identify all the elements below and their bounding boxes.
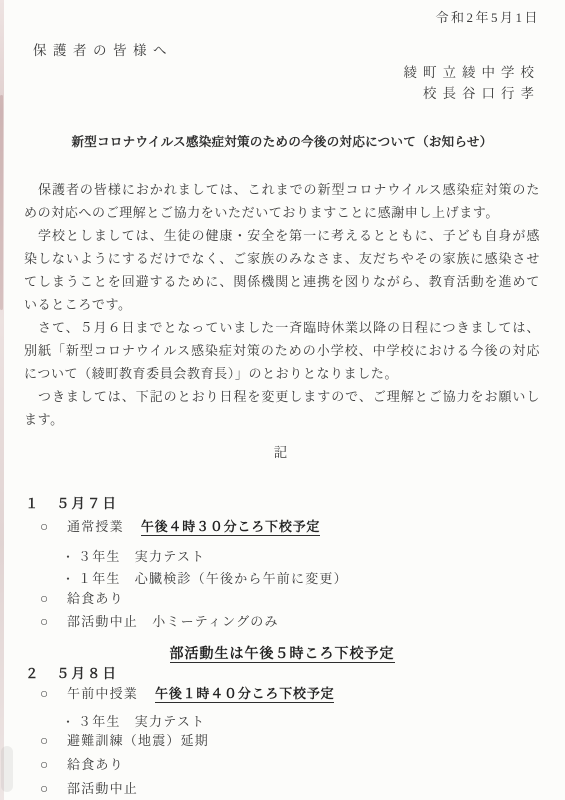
schedule-item-lunch-provided: ○給食あり	[40, 589, 540, 609]
bullet-marker: ・	[62, 570, 78, 588]
circle-marker: ○	[40, 731, 67, 751]
body-text: 保護者の皆様におかれましては、これまでの新型コロナウイルス感染症対策のための対応…	[24, 178, 540, 431]
subitem-text: ３年生 実力テスト	[78, 549, 205, 564]
schedule-subitem-grade3-test: ・３年生 実力テスト	[62, 713, 540, 731]
circle-marker: ○	[40, 779, 67, 799]
dismissal-time-highlight: 午後４時３０分ころ下校予定	[141, 519, 320, 536]
schedule-item-normal-classes: ○通常授業午後４時３０分ころ下校予定	[40, 517, 540, 537]
item-label: 午前中授業	[67, 686, 138, 701]
subitem-text: １年生 心臓検診（午後から午前に変更）	[78, 571, 348, 586]
schedule-item-club-cancelled: ○部活動中止 小ミーティングのみ	[40, 612, 540, 632]
document-title: 新型コロナウイルス感染症対策のための今後の対応について（お知らせ）	[24, 133, 540, 151]
note-text: 部活動生は午後５時ころ下校予定	[170, 645, 395, 663]
subitem-text: ３年生 実力テスト	[78, 714, 205, 729]
circle-marker: ○	[40, 755, 67, 775]
schedule-item-lunch-provided: ○給食あり	[40, 755, 540, 775]
paragraph-schedule-reference: さて、５月６日までとなっていました一斉臨時休業以降の日程につきましては、別紙「新…	[24, 316, 540, 385]
document-content: 令和2年5月1日 保護者の皆様へ 綾町立綾中学校 校長谷口行孝 新型コロナウイル…	[0, 0, 565, 800]
schedule-heading-may7: １ ５月７日	[25, 494, 540, 514]
bullet-marker: ・	[62, 713, 78, 731]
item-label: 給食あり	[67, 757, 124, 772]
circle-marker: ○	[40, 517, 67, 537]
circle-marker: ○	[40, 684, 67, 704]
item-label: 避難訓練（地震）延期	[67, 733, 209, 748]
schedule-subitem-grade3-test: ・３年生 実力テスト	[62, 548, 540, 566]
record-marker: 記	[24, 441, 540, 464]
schedule-heading-may8: ２ ５月８日	[25, 664, 540, 684]
scanned-notice-page: 令和2年5月1日 保護者の皆様へ 綾町立綾中学校 校長谷口行孝 新型コロナウイル…	[0, 0, 565, 800]
schedule-item-club-cancelled: ○部活動中止	[40, 779, 540, 799]
paragraph-request: つきましては、下記のとおり日程を変更しますので、ご理解とご協力をお願いします。	[24, 385, 540, 431]
schedule-item-evacuation-drill-postponed: ○避難訓練（地震）延期	[40, 731, 540, 751]
dismissal-time-highlight: 午後１時４０分ころ下校予定	[155, 686, 334, 703]
item-label: 通常授業	[67, 519, 124, 534]
bullet-marker: ・	[62, 548, 78, 566]
item-label: 部活動中止	[67, 781, 138, 796]
circle-marker: ○	[40, 612, 67, 632]
circle-marker: ○	[40, 589, 67, 609]
schedule-subitem-grade1-heart-exam: ・１年生 心臓検診（午後から午前に変更）	[62, 570, 540, 588]
issue-date: 令和2年5月1日	[24, 10, 540, 26]
addressee-line: 保護者の皆様へ	[33, 43, 540, 59]
principal-name: 校長谷口行孝	[24, 86, 540, 102]
club-dismissal-note: 部活動生は午後５時ころ下校予定	[24, 643, 540, 664]
paragraph-thanks: 保護者の皆様におかれましては、これまでの新型コロナウイルス感染症対策のための対応…	[24, 178, 540, 224]
paragraph-school-policy: 学校としましては、生徒の健康・安全を第一に考えるとともに、子ども自身が感染しない…	[24, 224, 540, 316]
item-label: 給食あり	[67, 591, 124, 606]
item-label: 部活動中止 小ミーティングのみ	[67, 614, 279, 629]
school-name: 綾町立綾中学校	[24, 65, 540, 81]
schedule-item-morning-classes: ○午前中授業午後１時４０分ころ下校予定	[40, 684, 540, 704]
